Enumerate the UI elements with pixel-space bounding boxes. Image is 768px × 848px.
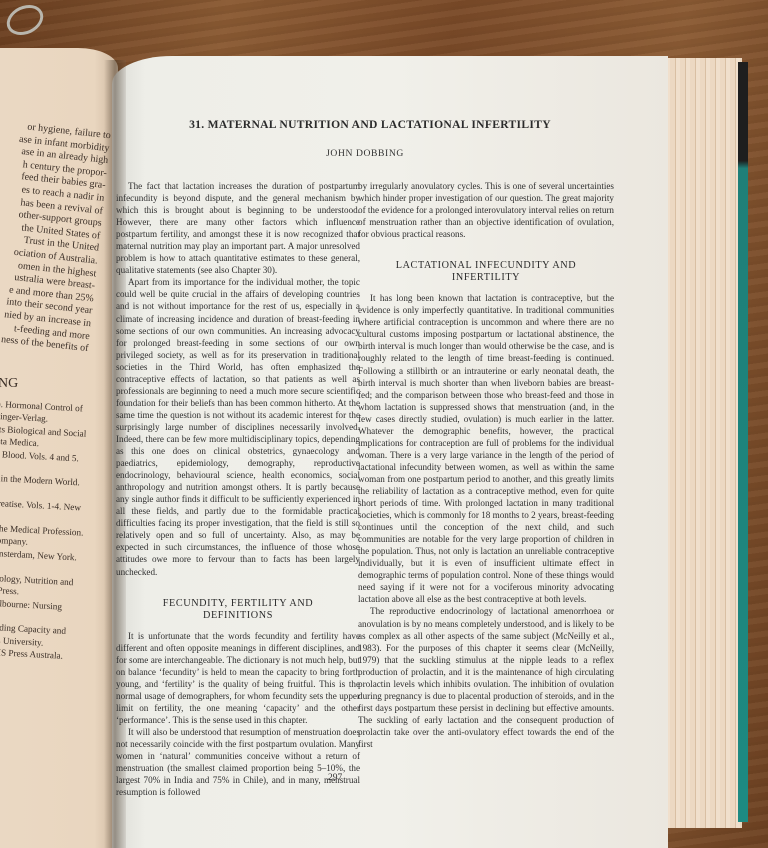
paragraph: The reproductive endocrinology of lactat… <box>358 605 614 750</box>
paragraph: Apart from its importance for the indivi… <box>116 276 360 577</box>
paragraph: It has long been known that lactation is… <box>358 292 614 605</box>
page-number: 297 <box>328 773 342 783</box>
heading-line: FECUNDITY, FERTILITY AND <box>116 598 360 610</box>
section-heading-fecundity: FECUNDITY, FERTILITY AND DEFINITIONS <box>116 598 360 622</box>
paragraph: by irregularly anovulatory cycles. This … <box>358 180 614 240</box>
left-section-heading: NG <box>0 376 18 392</box>
left-column: The fact that lactation increases the du… <box>116 180 360 798</box>
paragraph: It is unfortunate that the words fecundi… <box>116 630 360 726</box>
paragraph: The fact that lactation increases the du… <box>116 180 360 276</box>
left-page: or hygiene, failure to ase in infant mor… <box>0 48 118 848</box>
reference-list: ). Hormonal Control of ringer-Verlag. it… <box>0 398 118 664</box>
heading-line: LACTATIONAL INFECUNDITY AND <box>358 260 614 272</box>
chapter-title: 31. MATERNAL NUTRITION AND LACTATIONAL I… <box>160 118 580 131</box>
heading-line: INFERTILITY <box>358 272 614 284</box>
heading-line: DEFINITIONS <box>116 610 360 622</box>
section-heading-lactational: LACTATIONAL INFECUNDITY AND INFERTILITY <box>358 260 614 284</box>
left-page-body: or hygiene, failure to ase in infant mor… <box>0 118 111 356</box>
author-name: JOHN DOBBING <box>250 148 480 159</box>
right-column: by irregularly anovulatory cycles. This … <box>358 180 614 750</box>
book-cover-edge <box>738 62 748 822</box>
page-edges <box>660 58 742 828</box>
paragraph: It will also be understood that resumpti… <box>116 726 360 798</box>
